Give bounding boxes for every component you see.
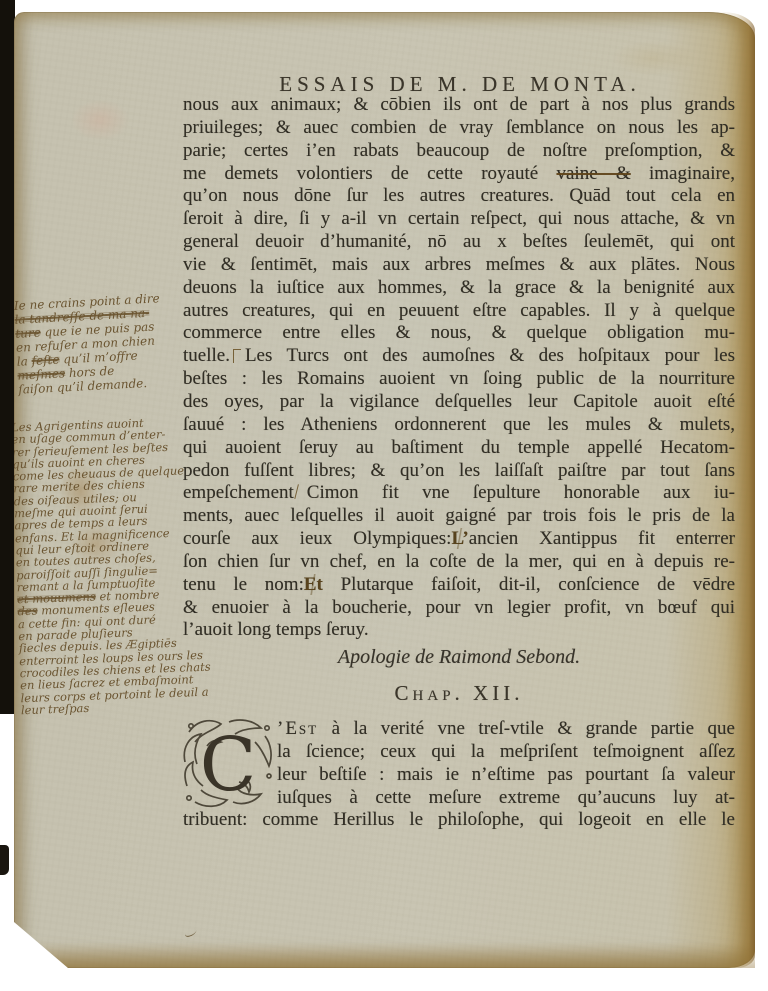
line-part: me demets volontiers de cette royauté bbox=[183, 163, 556, 184]
line-part: Plutarque faiſoit, dit-il, conſcience de… bbox=[323, 574, 735, 595]
text-line: commerce entre elles & nous, & quelque o… bbox=[183, 322, 735, 345]
hand-part: la bbox=[16, 354, 32, 369]
text-line: qui auoient ſeruy au baſtiment du temple… bbox=[183, 437, 735, 460]
text-line: ’Est à la verité vne treſ-vtile & grande… bbox=[277, 718, 735, 741]
insertion-mark-icon bbox=[294, 485, 305, 501]
line-part: tuelle. bbox=[183, 345, 230, 366]
margin-note-agrigentins: Les Agrigentins auoint en uſage commun d… bbox=[11, 415, 212, 717]
line-part: imaginaire, bbox=[631, 163, 735, 184]
drop-cap-letter: C bbox=[200, 722, 257, 808]
text-line: priuileges; & auec combien de vray ſembl… bbox=[183, 117, 735, 140]
scan-background-mark bbox=[0, 845, 9, 875]
ornamental-initial-woodcut: C bbox=[181, 716, 275, 810]
text-line: ments, auec leſquelles il auoit gaigné p… bbox=[183, 505, 735, 528]
text-line: nous aux animaux; & cōbien ils ont de pa… bbox=[183, 94, 735, 117]
book-page: ESSAIS DE M. DE MONTA. nous aux animaux;… bbox=[14, 12, 755, 968]
text-line: beſtes : les Romains auoient vn ſoing pu… bbox=[183, 368, 735, 391]
ink-speck bbox=[184, 926, 197, 939]
page-bottom-edge bbox=[14, 942, 755, 968]
text-line: parie; certes i’en rabats beaucoup de no… bbox=[183, 140, 735, 163]
text-line: iuſques à cette meſure extreme qu’aucuns… bbox=[277, 787, 735, 810]
text-line: ſauué : les Atheniens ordonnerent que le… bbox=[183, 414, 735, 437]
text-line: me demets volontiers de cette royauté va… bbox=[183, 163, 735, 186]
ornamental-initial: C bbox=[181, 716, 275, 810]
scan-background-strip bbox=[0, 0, 15, 714]
essay-subtitle: Apologie de Raimond Sebond. bbox=[183, 646, 735, 669]
text-line: autres creatures, qui en peuuent eſtre c… bbox=[183, 300, 735, 323]
line-part: à la verité vne treſ-vtile & grande part… bbox=[318, 718, 735, 739]
line-part: courſe aux ieux Olympiques: bbox=[183, 528, 451, 549]
main-text-block: nous aux animaux; & cōbien ils ont de pa… bbox=[183, 94, 735, 642]
text-line: ſeroit à dire, ſi y a-il vn certain reſp… bbox=[183, 208, 735, 231]
text-line: general deuoir d’humanité, nō au x beſte… bbox=[183, 231, 735, 254]
margin-note-crossed-out: Ie ne crains point a dire la tandreſſe d… bbox=[14, 291, 165, 397]
text-line: pedon fuſſent libres; & qu’on les laiſſa… bbox=[183, 460, 735, 483]
text-line: leur beſtiſe : mais ie n’eſtime pas pour… bbox=[277, 764, 735, 787]
line-part: ancien Xantippus fit enterrer bbox=[469, 528, 735, 549]
text-line: la ſcience; ceux qui la meſpriſent teſmo… bbox=[277, 741, 735, 764]
text-line: des oyes, par la vigilance deſquelles le… bbox=[183, 391, 735, 414]
hand-struck: feſte bbox=[31, 353, 60, 368]
text-line: courſe aux ieux Olympiques:L’ancien Xant… bbox=[183, 528, 735, 551]
struck-word: vaine & bbox=[556, 163, 630, 184]
hand-correction: L’ bbox=[451, 528, 468, 549]
chapter-opening-block: ’Est à la verité vne treſ-vtile & grande… bbox=[277, 718, 735, 809]
line-part: Les Turcs ont des aumoſnes & des hoſpita… bbox=[245, 345, 735, 366]
chapter-opening-block: tribuent: comme Herillus le philoſophe, … bbox=[183, 809, 735, 832]
text-line: deuons la iuſtice aux hommes, & la grace… bbox=[183, 277, 735, 300]
line-part: Cimon fit vne ſepulture honorable aux iu… bbox=[307, 482, 735, 503]
text-line: tuelle.Les Turcs ont des aumoſnes & des … bbox=[183, 345, 735, 368]
text-line: & enuoier à la boucherie, pour vn legier… bbox=[183, 597, 735, 620]
text-line: tenu le nom:Et Plutarque faiſoit, dit-il… bbox=[183, 574, 735, 597]
text-line: empeſchementCimon fit vne ſepulture hono… bbox=[183, 482, 735, 505]
text-line: l’auoit long temps ſeruy. bbox=[183, 619, 735, 642]
hand-struck: ture bbox=[15, 326, 41, 341]
text-line: qu’on nous dōne ſur les autres creatures… bbox=[183, 185, 735, 208]
insertion-mark-icon bbox=[233, 349, 241, 363]
text-line: ſon chien ſur vn chef, en la coſte de la… bbox=[183, 551, 735, 574]
hand-correction: Et bbox=[304, 574, 323, 595]
opening-small-caps: ’Est bbox=[277, 718, 318, 739]
text-line: vie & ſentimēt, mais aux arbres meſmes &… bbox=[183, 254, 735, 277]
text-line: tribuent: comme Herillus le philoſophe, … bbox=[183, 809, 735, 832]
chapter-heading: Chap. XII. bbox=[183, 681, 735, 706]
